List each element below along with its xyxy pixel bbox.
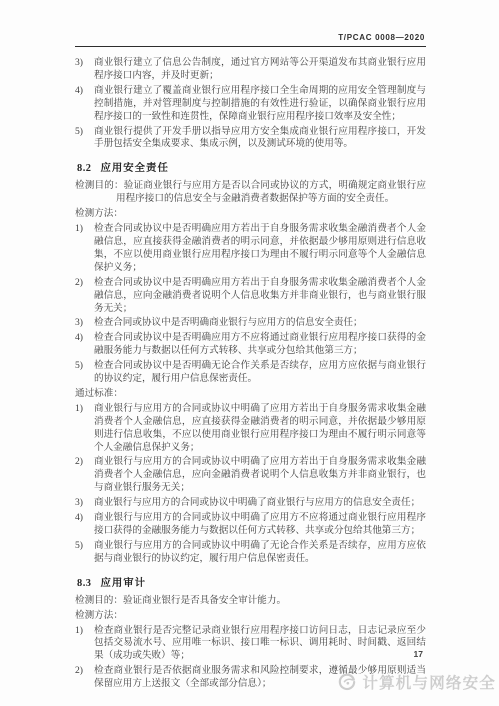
item-text: 商业银行与应用方的合同或协议中明确了应用方若出于自身服务需求收集金融消费者个人金… <box>94 456 426 495</box>
header-rule <box>75 46 426 47</box>
page-body: 3) 商业银行建立了信息公告制度，通过官方网站等公开渠道发布其商业银行应用程序接… <box>75 55 426 691</box>
list-item: 1) 商业银行与应用方的合同或协议中明确了应用方若出于自身服务需求收集金融消费者… <box>75 403 426 455</box>
item-text: 商业银行提供了开发手册以指导应用方安全集成商业银行应用程序接口，开发手册包括安全… <box>94 126 426 152</box>
section-heading-8-2: 8.2应用安全责任 <box>77 162 426 176</box>
item-text: 检查合同或协议中是否明确应用方不应将通过商业银行应用程序接口获得的金融服务能力与… <box>94 332 426 358</box>
item-text: 检查合同或协议中是否明确应用方若出于自身服务需求收集金融消费者个人金融信息，应直… <box>94 223 426 275</box>
list-item: 4) 检查合同或协议中是否明确应用方不应将通过商业银行应用程序接口获得的金融服务… <box>75 332 426 358</box>
purpose-paragraph: 检测目的：验证商业银行是否具备安全审计能力。 <box>75 595 426 608</box>
section-title: 应用安全责任 <box>101 163 169 174</box>
footer-watermark: 计算机与网络安全 <box>337 671 496 693</box>
item-number: 4) <box>75 512 94 538</box>
watermark-text: 计算机与网络安全 <box>362 671 496 693</box>
list-item: 3) 商业银行与应用方的合同或协议中明确了商业银行与应用方的信息安全责任； <box>75 497 426 510</box>
wechat-account-logo-icon <box>337 672 357 692</box>
list-item: 1) 检查商业银行是否完整记录商业银行应用程序接口访问日志，日志记录应至少包括交… <box>75 625 426 664</box>
item-number: 2) <box>75 456 94 495</box>
purpose-text: 验证商业银行是否具备安全审计能力。 <box>123 595 286 606</box>
list-item: 5) 商业银行提供了开发手册以指导应用方安全集成商业银行应用程序接口，开发手册包… <box>75 126 426 152</box>
item-number: 5) <box>75 360 94 386</box>
item-text: 商业银行与应用方的合同或协议中明确了无论合作关系是否续存，应用方应依据与商业银行… <box>94 540 426 566</box>
item-number: 5) <box>75 126 94 152</box>
item-number: 4) <box>75 332 94 358</box>
methods-label: 检测方法： <box>75 610 426 623</box>
item-number: 2) <box>75 277 94 316</box>
purpose-text: 验证商业银行与应用方是否以合同或协议的方式，明确规定商业银行应用程序接口的信息安… <box>116 180 426 204</box>
item-text: 检查合同或协议中是否明确无论合作关系是否续存，应用方应依据与商业银行的协议约定，… <box>94 360 426 386</box>
methods-label: 检测方法： <box>75 208 426 221</box>
item-number: 2) <box>75 665 94 691</box>
purpose-label: 检测目的： <box>75 595 123 606</box>
page-number: 17 <box>414 649 423 659</box>
item-number: 4) <box>75 85 94 124</box>
item-number: 3) <box>75 497 94 510</box>
doc-code: T/PCAC 0008—2020 <box>338 33 425 42</box>
list-item: 4) 商业银行建立了覆盖商业银行应用程序接口全生命周期的应用安全管理制度与控制措… <box>75 85 426 124</box>
item-number: 3) <box>75 317 94 330</box>
section-heading-8-3: 8.3应用审计 <box>77 577 426 591</box>
item-number: 3) <box>75 57 94 83</box>
list-item: 2) 商业银行与应用方的合同或协议中明确了应用方若出于自身服务需求收集金融消费者… <box>75 456 426 495</box>
item-number: 1) <box>75 223 94 275</box>
section-number: 8.3 <box>77 578 92 589</box>
item-number: 1) <box>75 625 94 664</box>
item-text: 商业银行建立了覆盖商业银行应用程序接口全生命周期的应用安全管理制度与控制措施，并… <box>94 85 426 124</box>
item-text: 商业银行与应用方的合同或协议中明确了应用方不应将通过商业银行应用程序接口获得的金… <box>94 512 426 538</box>
purpose-paragraph: 检测目的：验证商业银行与应用方是否以合同或协议的方式，明确规定商业银行应用程序接… <box>75 180 426 206</box>
item-text: 检查合同或协议中是否明确应用方若出于自身服务需求收集金融消费者个人金融信息，应向… <box>94 277 426 316</box>
section-number: 8.2 <box>77 163 92 174</box>
item-text: 商业银行与应用方的合同或协议中明确了商业银行与应用方的信息安全责任； <box>94 497 426 510</box>
list-item: 3) 商业银行建立了信息公告制度，通过官方网站等公开渠道发布其商业银行应用程序接… <box>75 57 426 83</box>
purpose-label: 检测目的： <box>75 180 124 191</box>
item-text: 商业银行与应用方的合同或协议中明确了应用方若出于自身服务需求收集金融消费者个人金… <box>94 403 426 455</box>
item-text: 商业银行建立了信息公告制度，通过官方网站等公开渠道发布其商业银行应用程序接口内容… <box>94 57 426 83</box>
list-item: 5) 商业银行与应用方的合同或协议中明确了无论合作关系是否续存，应用方应依据与商… <box>75 540 426 566</box>
section-title: 应用审计 <box>101 578 147 589</box>
item-text: 检查合同或协议中是否明确商业银行与应用方的信息安全责任； <box>94 317 426 330</box>
list-item: 5) 检查合同或协议中是否明确无论合作关系是否续存，应用方应依据与商业银行的协议… <box>75 360 426 386</box>
list-item: 4) 商业银行与应用方的合同或协议中明确了应用方不应将通过商业银行应用程序接口获… <box>75 512 426 538</box>
document-page: T/PCAC 0008—2020 3) 商业银行建立了信息公告制度，通过官方网站… <box>0 0 499 706</box>
item-number: 1) <box>75 403 94 455</box>
item-text: 检查商业银行是否完整记录商业银行应用程序接口访问日志，日志记录应至少包括交易流水… <box>94 625 426 664</box>
list-item: 2) 检查合同或协议中是否明确应用方若出于自身服务需求收集金融消费者个人金融信息… <box>75 277 426 316</box>
list-item: 1) 检查合同或协议中是否明确应用方若出于自身服务需求收集金融消费者个人金融信息… <box>75 223 426 275</box>
list-item: 3) 检查合同或协议中是否明确商业银行与应用方的信息安全责任； <box>75 317 426 330</box>
item-number: 5) <box>75 540 94 566</box>
criteria-label: 通过标准： <box>75 388 426 401</box>
